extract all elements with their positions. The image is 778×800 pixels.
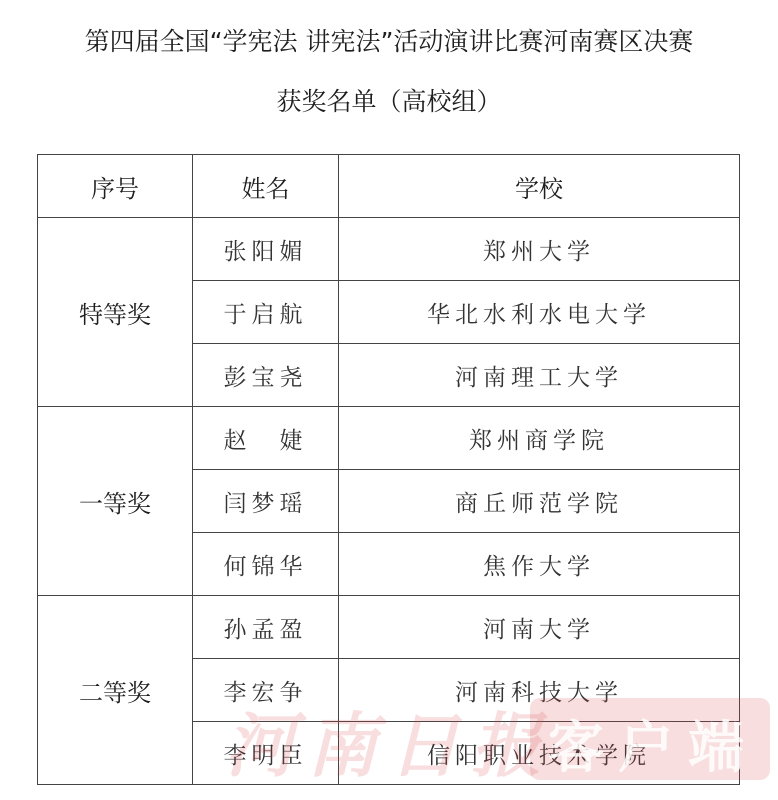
award-level-second: 二等奖 bbox=[38, 596, 193, 785]
awards-table: 序号 姓名 学校 特等奖 张阳媚 郑州大学 于启航 华北水利水电大学 彭宝尧 河… bbox=[37, 154, 740, 785]
document-title: 第四届全国“学宪法 讲宪法”活动演讲比赛河南赛区决赛 bbox=[0, 22, 778, 58]
winner-school: 河南科技大学 bbox=[339, 659, 740, 722]
winner-name: 孙孟盈 bbox=[193, 596, 339, 659]
winner-school: 郑州商学院 bbox=[339, 407, 740, 470]
winner-name: 闫梦瑶 bbox=[193, 470, 339, 533]
award-level-special: 特等奖 bbox=[38, 218, 193, 407]
winner-school: 华北水利水电大学 bbox=[339, 281, 740, 344]
table-row: 一等奖 赵 婕 郑州商学院 bbox=[38, 407, 740, 470]
winner-name: 张阳媚 bbox=[193, 218, 339, 281]
document-subtitle: 获奖名单（高校组） bbox=[0, 82, 778, 118]
winner-name: 赵 婕 bbox=[193, 407, 339, 470]
winner-name: 李宏争 bbox=[193, 659, 339, 722]
winner-school: 郑州大学 bbox=[339, 218, 740, 281]
winner-name: 何锦华 bbox=[193, 533, 339, 596]
header-name: 姓名 bbox=[193, 155, 339, 218]
winner-school: 河南大学 bbox=[339, 596, 740, 659]
table-row: 特等奖 张阳媚 郑州大学 bbox=[38, 218, 740, 281]
table-header-row: 序号 姓名 学校 bbox=[38, 155, 740, 218]
winner-name: 彭宝尧 bbox=[193, 344, 339, 407]
winner-name: 李明臣 bbox=[193, 722, 339, 785]
winner-school: 信阳职业技术学院 bbox=[339, 722, 740, 785]
winner-school: 焦作大学 bbox=[339, 533, 740, 596]
winner-school: 商丘师范学院 bbox=[339, 470, 740, 533]
table-row: 二等奖 孙孟盈 河南大学 bbox=[38, 596, 740, 659]
award-level-first: 一等奖 bbox=[38, 407, 193, 596]
winner-school: 河南理工大学 bbox=[339, 344, 740, 407]
header-index: 序号 bbox=[38, 155, 193, 218]
header-school: 学校 bbox=[339, 155, 740, 218]
winner-name: 于启航 bbox=[193, 281, 339, 344]
